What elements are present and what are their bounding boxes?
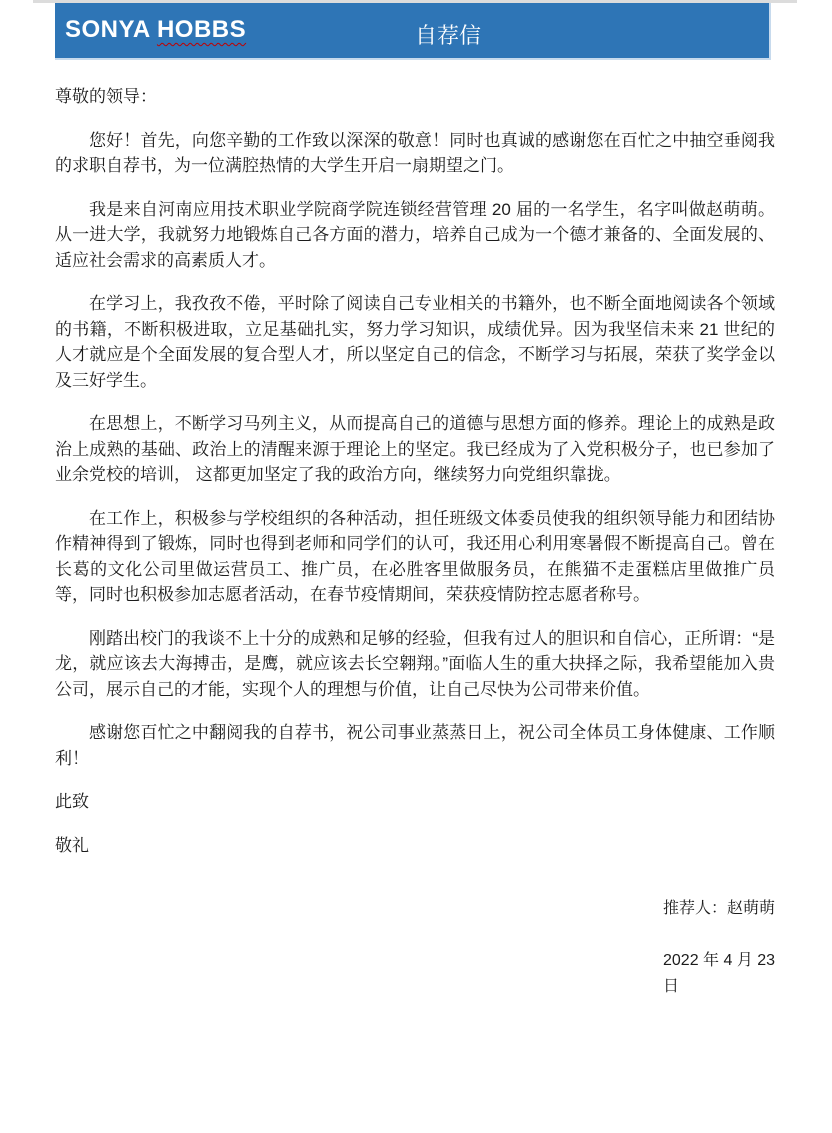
closing-salute: 敬礼 <box>55 833 775 859</box>
body-paragraph: 您好！首先，向您辛勤的工作致以深深的敬意！同时也真诚的感谢您在百忙之中抽空垂阅我… <box>55 128 775 179</box>
body-paragraph: 感谢您百忙之中翻阅我的自荐书，祝公司事业蒸蒸日上，祝公司全体员工身体健康、工作顺… <box>55 720 775 771</box>
salutation: 尊敬的领导： <box>55 84 775 110</box>
letter-document-page: SONYA HOBBS 自荐信 尊敬的领导： 您好！首先，向您辛勤的工作致以深深… <box>0 0 832 1133</box>
body-paragraph: 在学习上，我孜孜不倦，平时除了阅读自己专业相关的书籍外，也不断全面地阅读各个领域… <box>55 291 775 393</box>
brand-word-sonya: SONYA <box>65 16 150 43</box>
letter-body: 尊敬的领导： 您好！首先，向您辛勤的工作致以深深的敬意！同时也真诚的感谢您在百忙… <box>55 84 775 876</box>
body-paragraph: 在工作上，积极参与学校组织的各种活动，担任班级文体委员使我的组织领导能力和团结协… <box>55 506 775 608</box>
body-paragraph: 刚踏出校门的我谈不上十分的成熟和足够的经验，但我有过人的胆识和自信心，正所谓：“… <box>55 626 775 703</box>
closing-regards: 此致 <box>55 789 775 815</box>
header-banner: SONYA HOBBS 自荐信 <box>55 3 771 60</box>
brand-word-hobbs-spellcheck-underline: HOBBS <box>157 16 246 43</box>
signature-date-line1: 2022 年 4 月 23 <box>663 948 781 974</box>
document-title: 自荐信 <box>415 19 481 50</box>
signature-date: 2022 年 4 月 23 日 <box>663 948 781 1000</box>
body-paragraph: 我是来自河南应用技术职业学院商学院连锁经营管理 20 届的一名学生，名字叫做赵萌… <box>55 197 775 274</box>
signature-block: 推荐人：赵萌萌 2022 年 4 月 23 日 <box>663 896 781 1000</box>
signature-date-line2: 日 <box>663 974 781 1000</box>
letter-paragraphs: 您好！首先，向您辛勤的工作致以深深的敬意！同时也真诚的感谢您在百忙之中抽空垂阅我… <box>55 128 775 772</box>
signer-name: 推荐人：赵萌萌 <box>663 896 781 922</box>
body-paragraph: 在思想上，不断学习马列主义，从而提高自己的道德与思想方面的修养。理论上的成熟是政… <box>55 411 775 488</box>
brand-name: SONYA HOBBS <box>65 16 246 44</box>
